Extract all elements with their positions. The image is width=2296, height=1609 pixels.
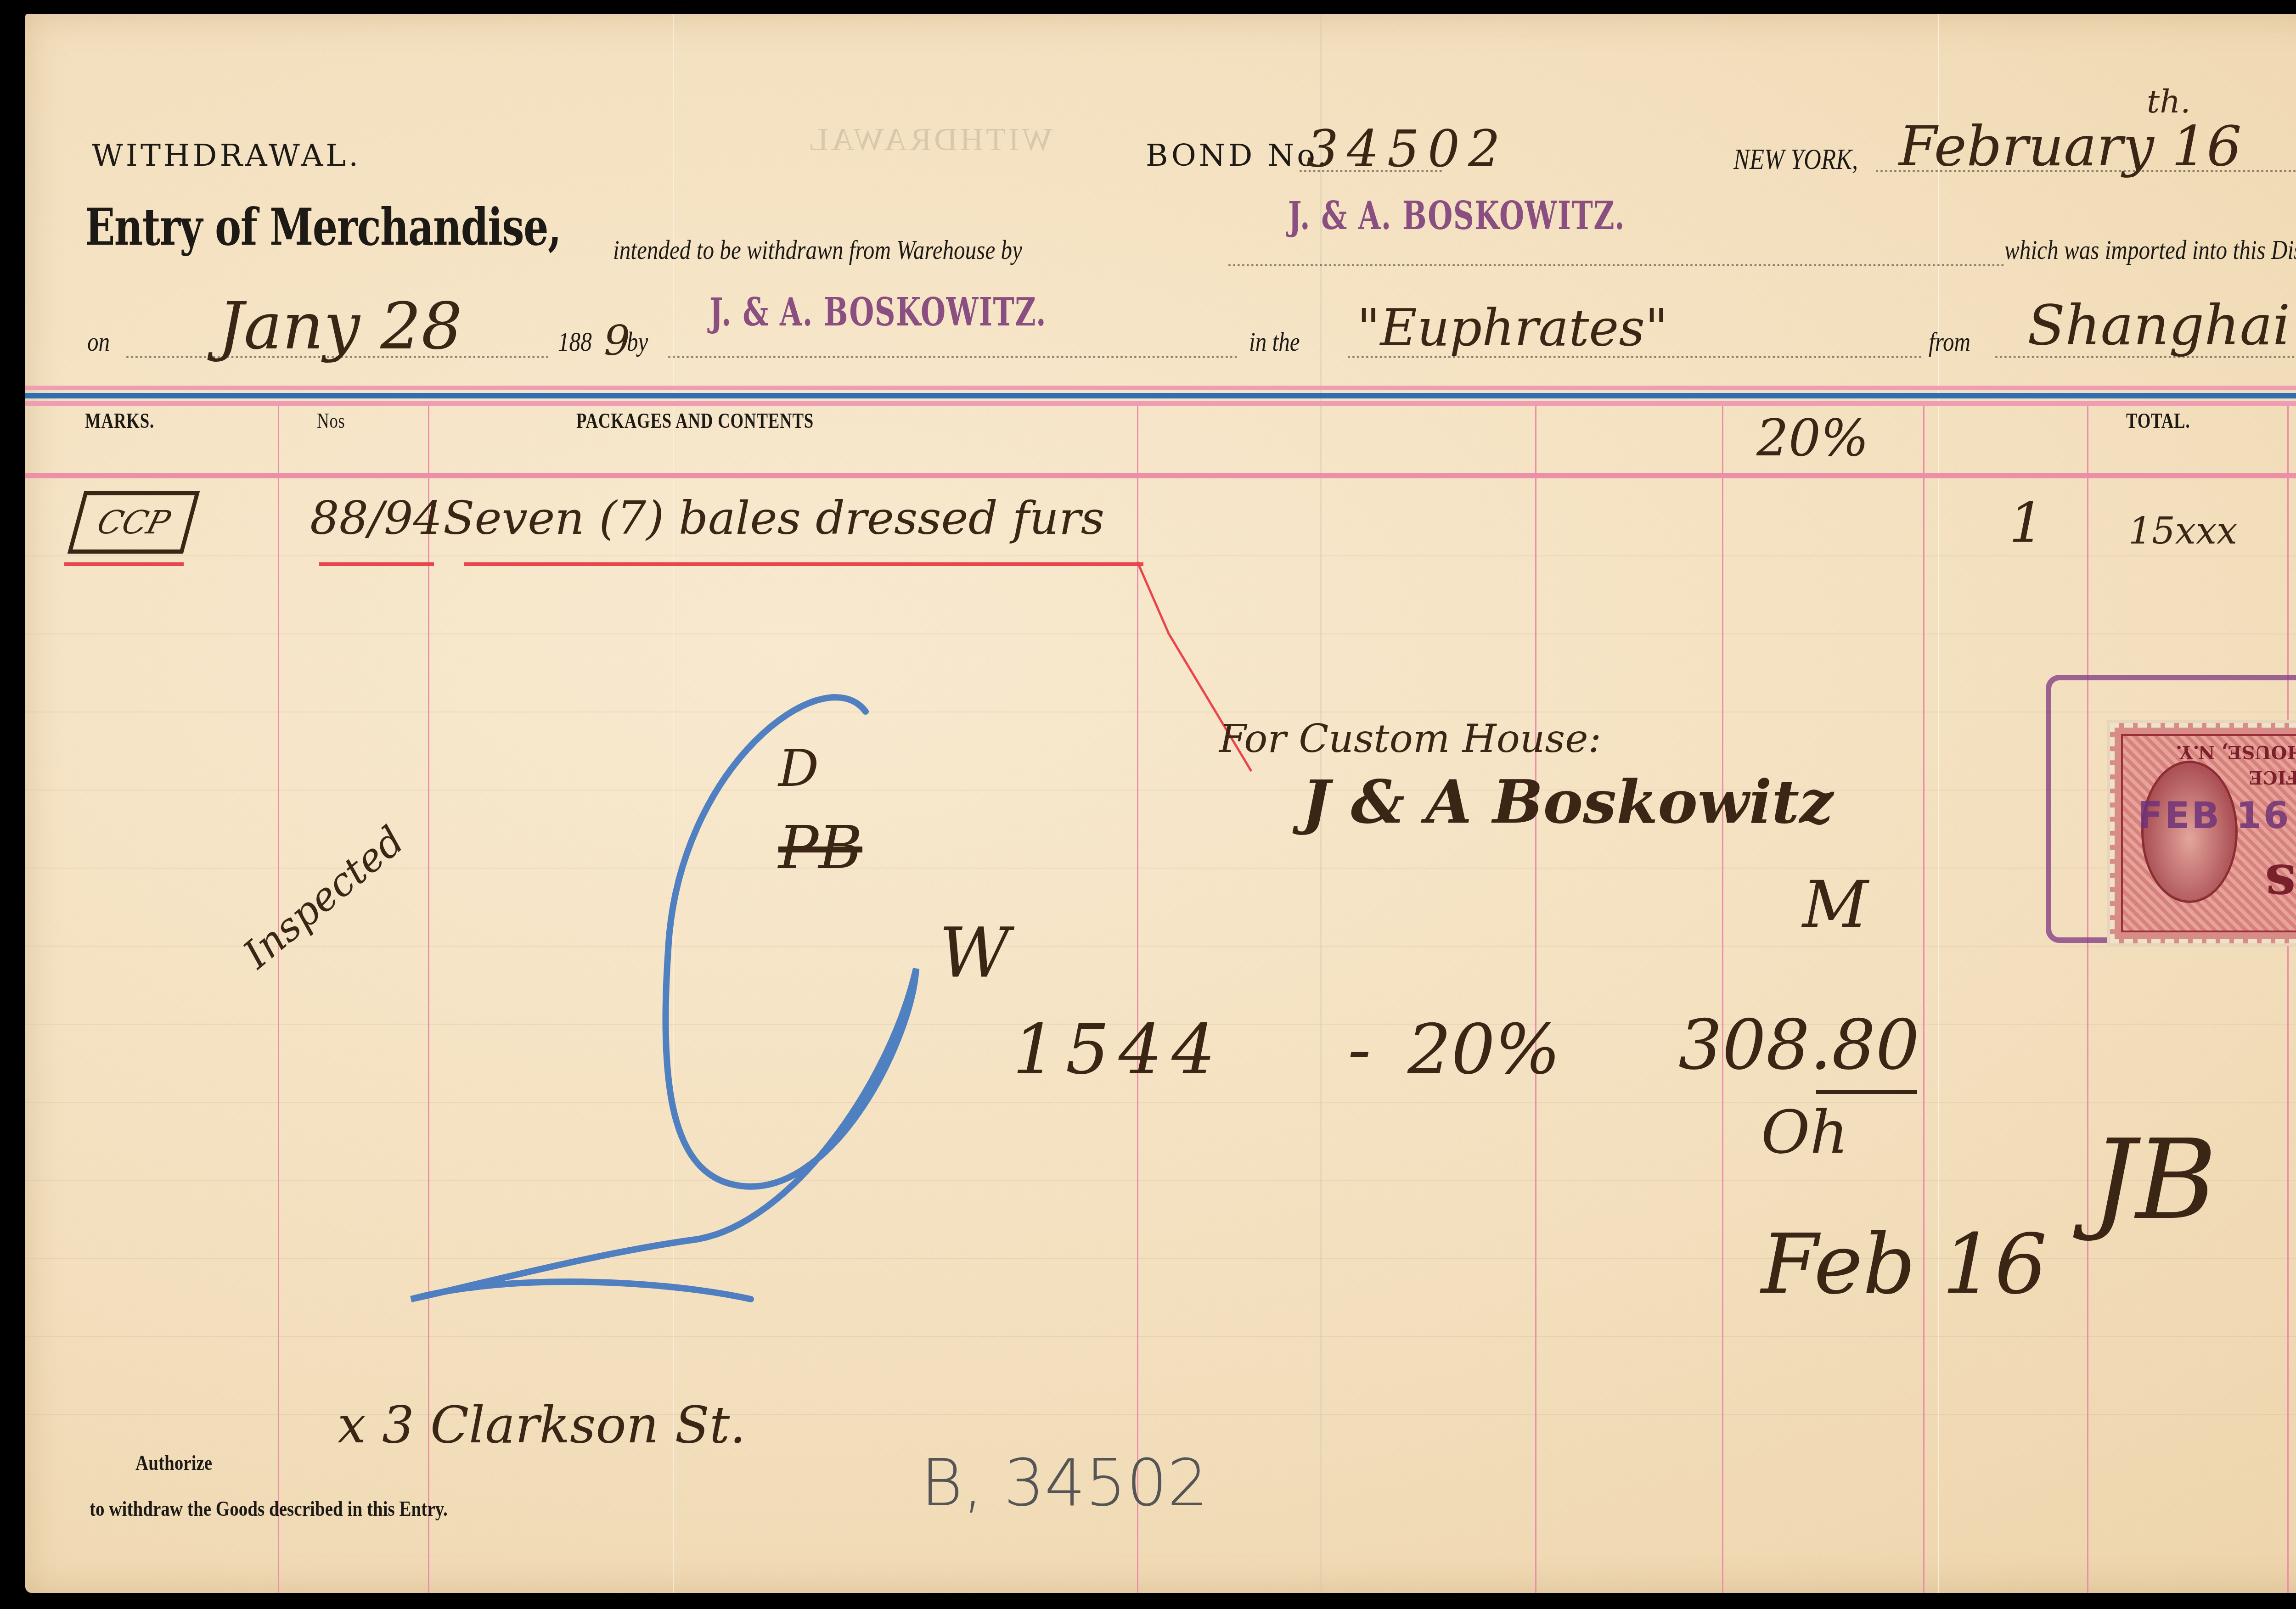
withdrawer-field-line xyxy=(1228,264,2004,266)
bleed-through-text: WITHDRAWAL xyxy=(806,122,1052,158)
from-label: from xyxy=(1929,326,1970,358)
withdraw-authorization-text: to withdraw the Goods described in this … xyxy=(90,1497,448,1521)
column-divider xyxy=(1923,406,1925,1593)
computation-rate: 20% xyxy=(1407,1010,1560,1090)
column-header-packages: PACKAGES AND CONTENTS xyxy=(576,409,814,433)
column-divider xyxy=(278,406,279,1593)
column-divider xyxy=(1535,406,1536,1593)
duty-underline xyxy=(1816,1090,1917,1094)
column-divider xyxy=(2087,406,2088,1593)
cell-count: 1 xyxy=(2009,491,2044,555)
date-note: Feb 16 xyxy=(1761,1217,2047,1312)
date-suffix: th. xyxy=(2147,83,2190,120)
authorize-label: Authorize xyxy=(135,1451,212,1475)
bond-number: 34502 xyxy=(1306,119,1508,178)
place-label: NEW YORK, xyxy=(1733,142,1858,176)
cell-nos: 88/94 xyxy=(310,491,442,545)
stamp-issuer: U.S. CUSTOM HOUSE, N.Y. xyxy=(2176,741,2296,763)
nos-underline xyxy=(319,562,434,566)
computation-value: 1544 xyxy=(1013,1010,1225,1090)
import-year-prefix: 188 xyxy=(558,326,592,358)
by-label: by xyxy=(627,326,648,358)
final-initials: JB xyxy=(2092,1116,2217,1244)
checker-mark: M xyxy=(1802,868,1868,942)
cancellation-date: FEB 16 1889 xyxy=(2138,794,2296,837)
pencil-reference: B, 34502 xyxy=(921,1446,1208,1521)
fold-line xyxy=(1938,14,1939,1593)
cell-total: 15xxx xyxy=(2128,510,2237,552)
form-date: February 16 xyxy=(1899,115,2242,179)
marks-underline xyxy=(64,562,184,566)
import-year-suffix: 9 xyxy=(604,317,630,365)
cell-marks: CCP xyxy=(68,491,200,554)
withdrawer-stamp: J. & A. BOSKOWITZ. xyxy=(1288,193,1625,238)
column-divider xyxy=(1722,406,1723,1593)
signature: J & A Boskowitz xyxy=(1302,767,1833,837)
column-header-total: TOTAL. xyxy=(2126,409,2190,433)
header-rule-blue xyxy=(25,393,2296,398)
bond-label: BOND No. xyxy=(1146,138,1330,173)
stamp-office: CASHIER'S OFFICE xyxy=(2249,767,2296,788)
column-header-rule xyxy=(25,473,2296,478)
vessel-label: in the xyxy=(1249,326,1300,358)
vessel-name: "Euphrates" xyxy=(1357,298,1668,357)
importer-stamp: J. & A. BOSKOWITZ. xyxy=(709,289,1047,335)
form-title: Entry of Merchandise, xyxy=(85,197,561,257)
importer-field-line xyxy=(668,356,1238,358)
header-rule-pink-bottom xyxy=(25,401,2296,406)
on-label: on xyxy=(87,326,110,358)
column-header-marks: MARKS. xyxy=(85,409,154,433)
import-date: Jany 28 xyxy=(218,289,462,364)
computation-duty: 308.80 xyxy=(1678,1005,1919,1085)
address-note: x 3 Clarkson St. xyxy=(338,1396,746,1454)
duty-rate-annotation: 20% xyxy=(1756,409,1869,467)
header-rule-pink-top xyxy=(25,386,2296,390)
computation-dash: - xyxy=(1348,1010,1371,1090)
customs-form: WITHDRAWAL WITHDRAWAL. BOND No. 34502 NE… xyxy=(25,14,2296,1593)
signature-prefix: For Custom House: xyxy=(1219,716,1601,762)
approval-mark: Oh xyxy=(1761,1097,1848,1167)
contents-underline xyxy=(464,562,1143,566)
form-type: WITHDRAWAL. xyxy=(92,138,361,173)
column-divider xyxy=(2287,406,2289,1593)
column-header-nos: Nos xyxy=(317,409,345,433)
withdraw-intent-text: intended to be withdrawn from Warehouse … xyxy=(613,234,1022,266)
stamp-denomination: 20 cts xyxy=(2265,852,2296,917)
import-district-text: which was imported into this District xyxy=(2004,234,2296,266)
origin-port: Shanghai xyxy=(2027,294,2290,358)
blue-pencil-mark xyxy=(374,675,971,1331)
cell-contents: Seven (7) bales dressed furs xyxy=(443,491,1104,545)
